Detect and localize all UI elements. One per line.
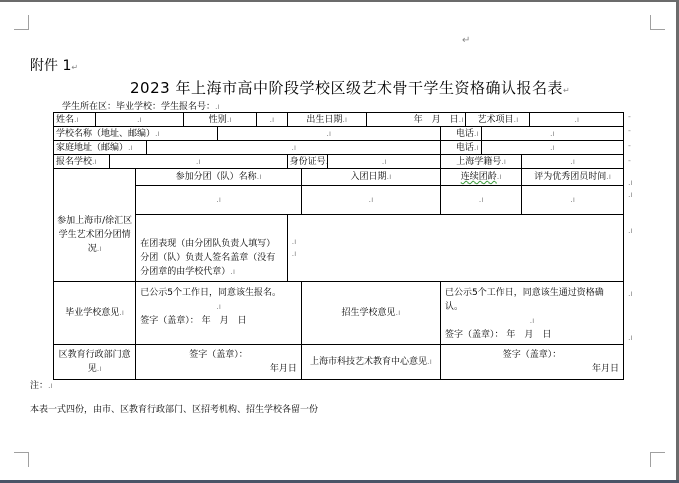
row-end-mark: .ı: [628, 190, 633, 199]
id-field[interactable]: .ı: [328, 155, 441, 169]
page-corner-mark-top-right: [650, 15, 665, 30]
sh-student-id-label-cell: 上海学籍号.ı: [441, 155, 522, 169]
troupe-section-label: 参加上海市/徐汇区学生艺术团分团情况.ı: [54, 169, 136, 282]
row-apply: 报名学校.ı .ı 身份证号.ı .ı 上海学籍号.ı .ı: [54, 155, 624, 169]
name-field[interactable]: .ı: [95, 113, 183, 127]
row-troupe-headers: 参加上海市/徐汇区学生艺术团分团情况.ı 参加分团（队）名称.ı 入团日期.ı …: [54, 169, 624, 186]
gender-field[interactable]: .ı: [257, 113, 287, 127]
excellent-member-time-header: 评为优秀团员时间.ı: [522, 169, 624, 186]
performance-field[interactable]: .ı.ı: [287, 215, 623, 282]
district-opinion-label: 区教育行政部门意见.ı: [54, 345, 136, 380]
troupe-name-header: 参加分团（队）名称.ı: [136, 169, 302, 186]
row-end-mark: -: [628, 126, 631, 135]
window-top-border: [0, 0, 679, 2]
row-end-mark: .ı: [628, 289, 633, 298]
grad-school-opinion-field[interactable]: 已公示5个工作日，同意该生报名。.ı签字（盖章）： 年 月 日: [136, 282, 302, 345]
troupe-name-field[interactable]: .ı: [136, 186, 302, 215]
row-end-mark: -: [628, 112, 631, 121]
row-end-mark: -: [628, 156, 631, 165]
row-troupe-values: .ı .ı .ı .ı: [54, 186, 624, 215]
page-corner-mark-top-left: [14, 15, 29, 30]
row-basic-info: 姓名.ı .ı 性别.ı .ı 出生日期.ı 年 月 日.ı 艺术项目.ı .ı: [54, 113, 624, 127]
row-opinions-authorities: 区教育行政部门意见.ı 签字（盖章）：年月日 上海市科技艺术教育中心意见.ı 签…: [54, 345, 624, 380]
troupe-years-field[interactable]: .ı: [441, 186, 522, 215]
name-label-cell: 姓名.ı: [54, 113, 96, 127]
page-corner-mark-bottom-left: [14, 452, 29, 467]
registration-form-table: 姓名.ı .ı 性别.ı .ı 出生日期.ı 年 月 日.ı 艺术项目.ı .ı…: [53, 112, 624, 380]
home-phone-field[interactable]: .ı: [481, 141, 623, 155]
row-end-mark: -: [628, 141, 631, 150]
school-phone-field[interactable]: .ı: [481, 127, 623, 141]
birth-label-cell: 出生日期.ı: [287, 113, 366, 127]
row-opinions-schools: 毕业学校意见.ı 已公示5个工作日，同意该生报名。.ı签字（盖章）： 年 月 日…: [54, 282, 624, 345]
row-end-mark: .ı: [628, 178, 633, 187]
center-opinion-field[interactable]: 签字（盖章）：年月日: [441, 345, 624, 380]
join-date-field[interactable]: .ı: [301, 186, 440, 215]
apply-school-field[interactable]: .ı: [109, 155, 287, 169]
school-field[interactable]: .ı: [217, 127, 440, 141]
document-title: 2023 年上海市高中阶段学校区级艺术骨干学生资格确认报名表↵: [130, 77, 570, 98]
art-item-field[interactable]: .ı: [530, 113, 624, 127]
paragraph-mark-icon: ↵: [462, 35, 470, 46]
row-home: 家庭地址（邮编）.ı .ı 电话.ı .ı: [54, 141, 624, 155]
note-text: 本表一式四份，由市、区教育行政部门、区招考机构、招生学校各留一份: [30, 402, 318, 415]
excellent-member-time-field[interactable]: .ı: [522, 186, 624, 215]
art-item-label-cell: 艺术项目.ı: [466, 113, 530, 127]
sh-student-id-field[interactable]: .ı: [522, 155, 624, 169]
row-school: 学校名称（地址、邮编）.ı .ı 电话.ı .ı: [54, 127, 624, 141]
row-end-mark: .ı: [628, 226, 633, 235]
home-field[interactable]: .ı: [147, 141, 441, 155]
row-troupe-performance: 在团表现（由分团队负责人填写）分团（队）负责人签名盖章（没有分团章的由学校代章）…: [54, 215, 624, 282]
gender-label-cell: 性别.ı: [184, 113, 257, 127]
row-end-mark: .ı: [628, 333, 633, 342]
attachment-label: 附件 1↵: [30, 55, 78, 75]
birth-date-field[interactable]: 年 月 日.ı: [366, 113, 466, 127]
page-corner-mark-bottom-right: [650, 452, 665, 467]
district-opinion-field[interactable]: 签字（盖章）：年月日: [136, 345, 302, 380]
school-label-cell: 学校名称（地址、邮编）.ı: [54, 127, 218, 141]
enroll-school-opinion-field[interactable]: 已公示5个工作日，同意该生通过资格确认。.ı签字（盖章）： 年 月 日: [441, 282, 624, 345]
form-subheader: 学生所在区：毕业学校：学生报名号：.ı: [62, 99, 220, 112]
id-label-cell: 身份证号.ı: [287, 155, 328, 169]
note-label: 注：.ı: [30, 378, 53, 391]
home-phone-label-cell: 电话.ı: [441, 141, 482, 155]
apply-school-label-cell: 报名学校.ı: [54, 155, 110, 169]
join-date-header: 入团日期.ı: [301, 169, 440, 186]
performance-label-cell: 在团表现（由分团队负责人填写）分团（队）负责人签名盖章（没有分团章的由学校代章）…: [136, 215, 287, 282]
enroll-school-opinion-label: 招生学校意见.ı: [301, 282, 440, 345]
grad-school-opinion-label: 毕业学校意见.ı: [54, 282, 136, 345]
troupe-years-header: 连续团龄.ı: [441, 169, 522, 186]
school-phone-label-cell: 电话.ı: [441, 127, 482, 141]
center-opinion-label: 上海市科技艺术教育中心意见.ı: [301, 345, 440, 380]
home-label-cell: 家庭地址（邮编）.ı: [54, 141, 147, 155]
